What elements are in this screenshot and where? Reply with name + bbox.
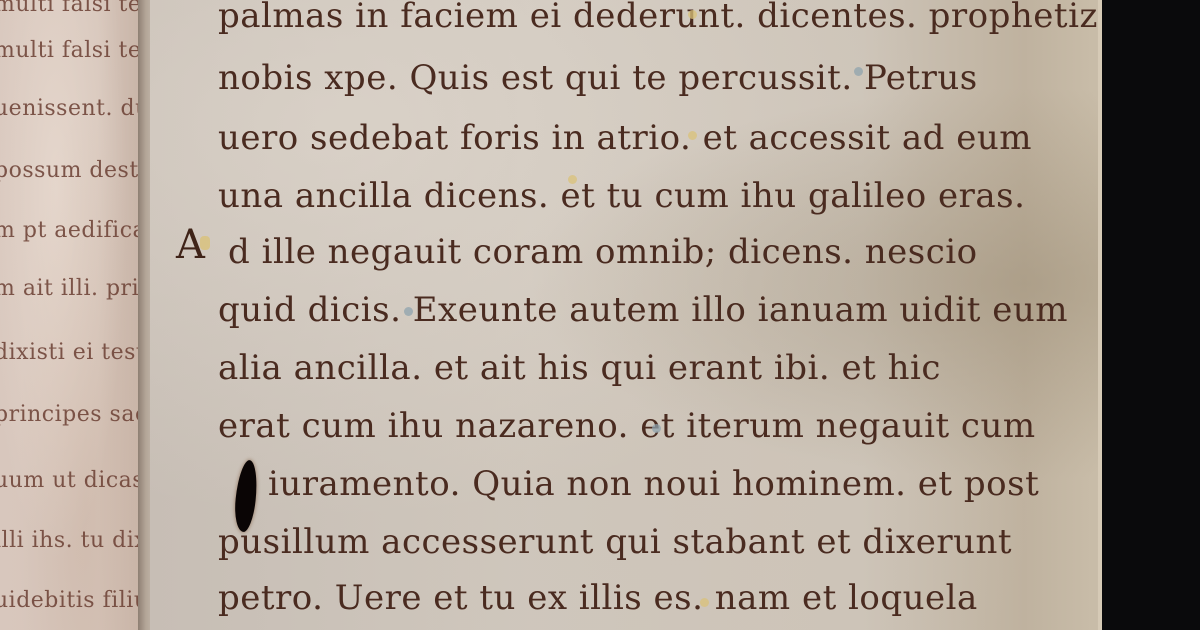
text-line: nobis xpe. Quis est qui te percussit. Pe…	[218, 58, 978, 98]
left-page-line: multi falsi testes	[0, 38, 140, 63]
yellow-rubric-touch	[568, 175, 577, 184]
initial-color-fill	[200, 236, 210, 250]
left-page-line: uenissent. duo fal	[0, 96, 140, 121]
left-page-line: m pt aedificare	[0, 218, 140, 243]
text-line: d ille negauit coram omnib; dicens. nesc…	[228, 232, 978, 272]
text-line: alia ancilla. et ait his qui erant ibi. …	[218, 348, 941, 388]
left-page-line: uum ut dicas	[0, 468, 140, 493]
left-page-line: m ait illi. prin	[0, 276, 140, 301]
left-page-line: principes sacerd	[0, 402, 140, 427]
text-line: petro. Uere et tu ex illis es. nam et lo…	[218, 578, 978, 618]
text-line: uero sedebat foris in atrio. et accessit…	[218, 118, 1032, 158]
left-page-line: multi falsi testes	[0, 0, 140, 17]
manuscript-photo: multi falsi testes multi falsi testes ue…	[0, 0, 1200, 630]
yellow-rubric-touch	[688, 10, 697, 19]
left-page-line: dixisti ei testi	[0, 340, 140, 365]
left-page-fragment: multi falsi testes multi falsi testes ue…	[0, 0, 140, 630]
blue-rubric-touch	[404, 307, 413, 316]
text-line: pusillum accesserunt qui stabant et dixe…	[218, 522, 1012, 562]
left-page-line: illi ihs. tu dixisti	[0, 528, 140, 553]
left-page-line: uidebitis filium	[0, 588, 140, 613]
text-line: una ancilla dicens. et tu cum ihu galile…	[218, 176, 1025, 216]
text-line: palmas in faciem ei dederunt. dicentes. …	[218, 0, 1119, 36]
blue-rubric-touch	[652, 424, 661, 433]
black-backdrop	[1102, 0, 1200, 630]
yellow-rubric-touch	[688, 131, 697, 140]
text-line: quid dicis. Exeunte autem illo ianuam ui…	[218, 290, 1068, 330]
yellow-rubric-touch	[700, 598, 709, 607]
left-page-line: possum destruere	[0, 158, 140, 183]
blue-rubric-touch	[854, 67, 863, 76]
text-line: iuramento. Quia non noui hominem. et pos…	[268, 464, 1039, 504]
text-line: erat cum ihu nazareno. et iterum negauit…	[218, 406, 1036, 446]
